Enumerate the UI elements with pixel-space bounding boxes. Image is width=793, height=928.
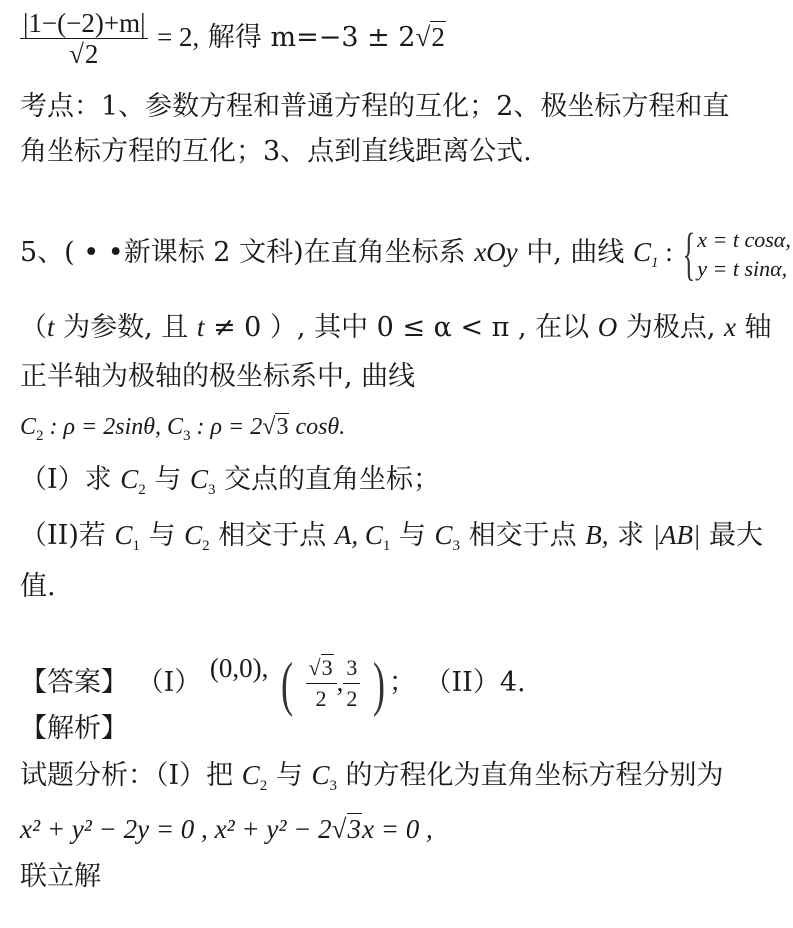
polar-equations-line: C2 : ρ = 2sinθ, C3 : ρ = 2√3 cosθ.: [20, 410, 345, 453]
answer-label: 【答案】: [20, 667, 128, 698]
distance-equation-line: |1−(−2)+m| √2 = 2, 解得 m=−3 ± 2√2: [20, 8, 446, 69]
problem5-intro: 5、( • •新课标 2 文科)在直角坐标系: [20, 237, 474, 268]
kaodian-line-2: 角坐标方程的互化；3、点到直线距离公式.: [20, 135, 532, 169]
solution-text: 解得 m=−3 ± 2: [208, 22, 416, 53]
equals-two: = 2,: [157, 22, 199, 52]
c1-label: C1: [633, 237, 659, 267]
right-paren-icon: ): [373, 654, 385, 714]
problem5-line-2: （t 为参数, 且 t ≠ 0 ）, 其中 0 ≤ α < π , 在以 O 为…: [20, 310, 772, 345]
xoy-label: xOy: [474, 237, 517, 267]
distance-fraction: |1−(−2)+m| √2: [20, 8, 148, 69]
kaodian-line-1: 考点：1、参数方程和普通方程的互化；2、极坐标方程和直: [20, 90, 729, 124]
problem5-line-3: 正半轴为极轴的极坐标系中, 曲线: [20, 360, 415, 394]
sqrt-two: √2: [415, 21, 445, 52]
point-origin: (0,0),: [210, 653, 268, 683]
left-brace-icon: {: [683, 225, 696, 283]
question-2: （II)若 C1 与 C2 相交于点 A, C1 与 C3 相交于点 B, 求 …: [20, 518, 763, 563]
question-1: （I）求 C2 与 C3 交点的直角坐标；: [20, 462, 440, 507]
left-paren-icon: (: [281, 654, 293, 714]
analysis-line-1: 试题分析：（I）把 C2 与 C3 的方程化为直角坐标方程分别为: [20, 758, 724, 803]
fraction-numerator: |1−(−2)+m|: [20, 8, 148, 39]
parametric-system: { x = t cosα, y = t sinα,: [681, 225, 790, 283]
curve-label: 中, 曲线: [518, 237, 633, 268]
analysis-label: 【解析】: [20, 712, 128, 746]
param-eq-y: y = t sinα,: [697, 254, 791, 283]
fraction-sqrt3-over-2: √3 2: [306, 653, 337, 714]
fraction-denominator: √2: [66, 39, 102, 69]
problem5-intro-line: 5、( • •新课标 2 文科)在直角坐标系 xOy 中, 曲线 C1 : { …: [20, 222, 791, 293]
cartesian-eq-c3: x² + y² − 2√3x = 0 ,: [208, 813, 433, 844]
answer-line: 【答案】 （I） (0,0), ( √3 2 , 3 2 )； （II）4.: [20, 628, 526, 723]
cartesian-equations-line: x² + y² − 2y = 0 , x² + y² − 2√3x = 0 ,: [20, 812, 433, 846]
fraction-3-over-2: 3 2: [343, 653, 360, 714]
param-eq-x: x = t cosα,: [697, 225, 791, 254]
cartesian-eq-c2: x² + y² − 2y = 0 ,: [20, 814, 208, 844]
question-2-continued: 值.: [20, 570, 56, 604]
analysis-line-3: 联立解: [20, 860, 101, 894]
